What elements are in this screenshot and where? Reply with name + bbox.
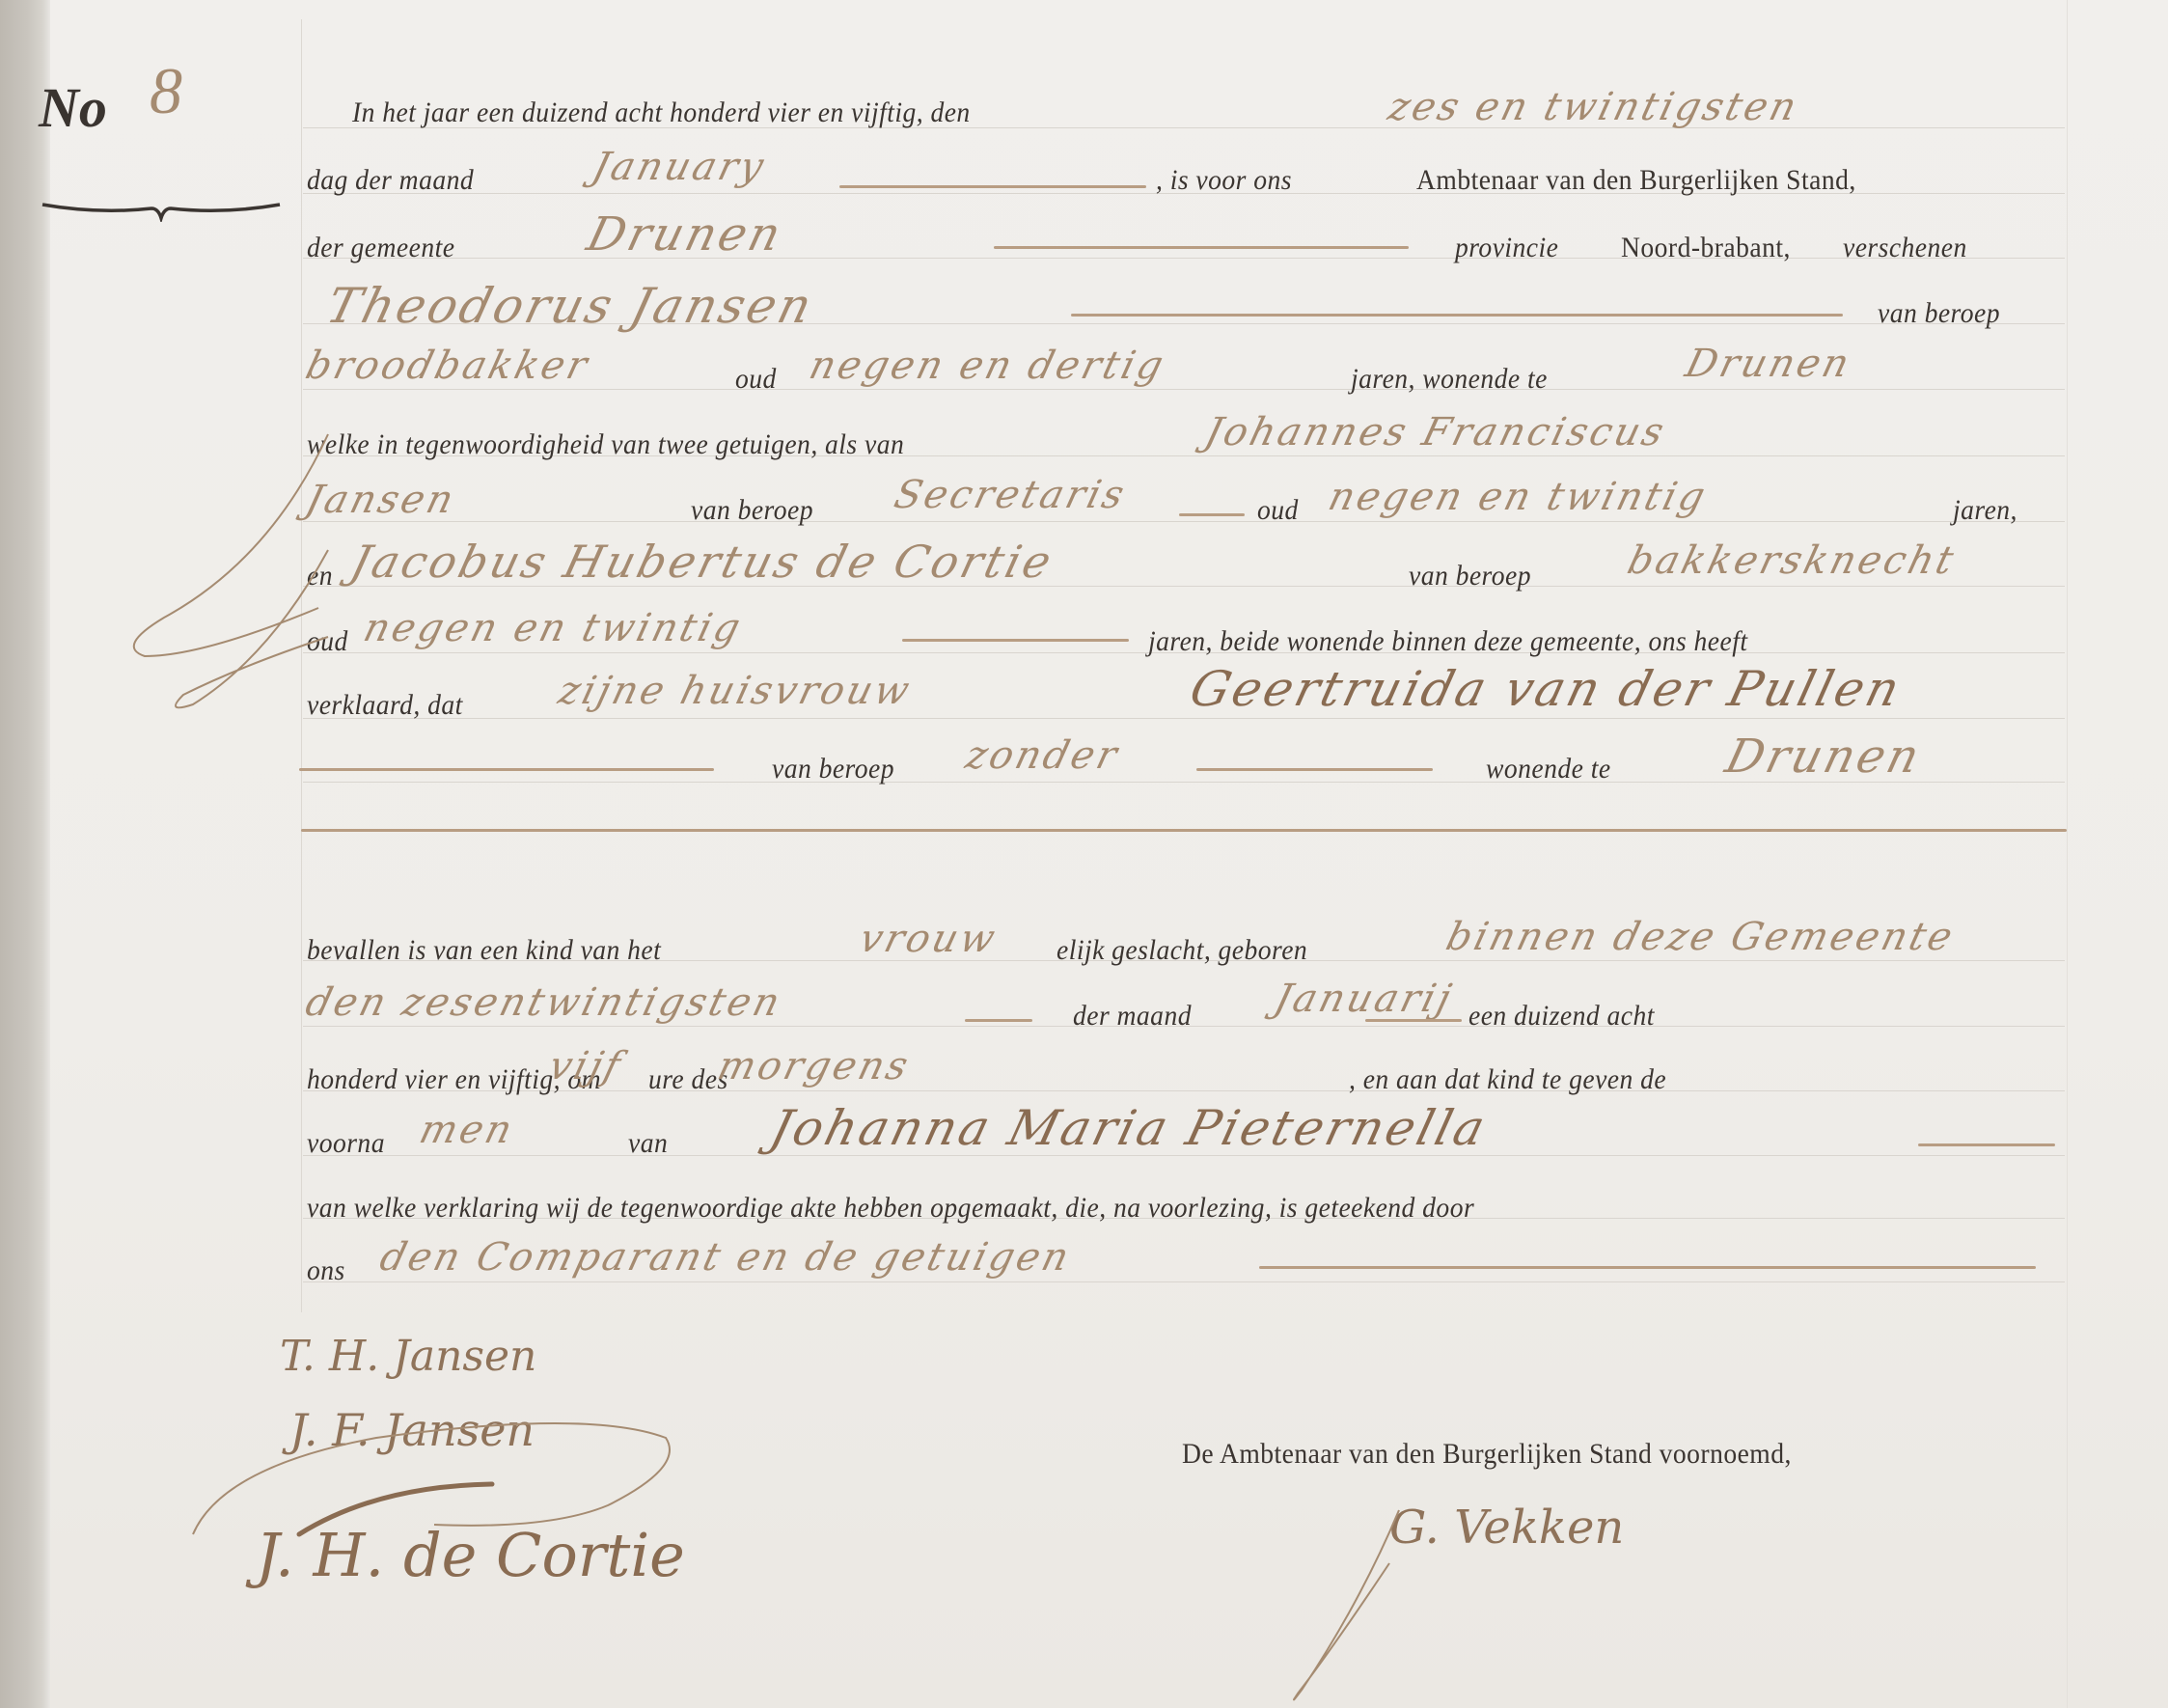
printed-text: welke in tegenwoordigheid van twee getui… <box>307 428 904 461</box>
handwritten-age: negen en dertig <box>805 344 1170 388</box>
fill-dash <box>299 768 714 771</box>
printed-text: bevallen is van een kind van het <box>307 934 661 967</box>
handwritten-municipality: Drunen <box>582 207 789 262</box>
handwritten-witness2-age: negen en twintig <box>359 606 747 650</box>
handwritten-relation: zijne huisvrouw <box>554 669 917 713</box>
printed-text: van beroep <box>691 494 813 527</box>
handwritten-occupation: broodbakker <box>301 344 594 388</box>
fill-dash <box>1918 1143 2055 1146</box>
printed-text: , is voor ons <box>1156 164 1292 197</box>
signature-official: G. Vekken <box>1389 1501 1624 1555</box>
book-binding-shadow <box>0 0 50 1708</box>
signature-flourish-icon <box>183 1409 685 1544</box>
printed-text: jaren, beide wonende binnen deze gemeent… <box>1148 625 1747 658</box>
fill-dash <box>994 246 1409 249</box>
handwritten-time-of-day: morgens <box>713 1044 915 1088</box>
handwritten-witness1-age: negen en twintig <box>1324 475 1712 519</box>
printed-text: der maand <box>1073 1000 1192 1033</box>
handwritten-mother-name: Geertruida van der Pullen <box>1185 661 1908 717</box>
handwritten-birth-hour: vijf <box>544 1044 627 1088</box>
handwritten-birth-day: den zesentwintigsten <box>301 980 786 1025</box>
printed-text: oud <box>735 363 777 396</box>
printed-text: van beroep <box>1409 560 1531 592</box>
handwritten-sex: vrouw <box>855 917 1002 961</box>
handwritten-day: zes en twintigsten <box>1384 85 1803 129</box>
ruled-line <box>303 521 2065 522</box>
handwritten-witness1-occupation: Secretaris <box>890 473 1131 517</box>
printed-text: van beroep <box>772 753 894 785</box>
brace-ornament-icon <box>41 201 282 222</box>
printed-text: van beroep <box>1878 297 2000 330</box>
printed-text: van welke verklaring wij de tegenwoordig… <box>307 1192 1474 1225</box>
right-margin-rule <box>2067 0 2068 1708</box>
handwritten-father-name: Theodorus Jansen <box>321 278 820 334</box>
printed-text: dag der maand <box>307 164 474 197</box>
printed-text: oud <box>1257 494 1299 527</box>
printed-text: ons <box>307 1254 345 1287</box>
printed-text: elijk geslacht, geboren <box>1057 934 1307 967</box>
fill-dash <box>1365 1019 1462 1022</box>
handwritten-text: men <box>415 1108 519 1152</box>
handwritten-child-name: Johanna Maria Pieternella <box>765 1100 1494 1156</box>
record-number-label-text: No <box>39 76 107 139</box>
printed-text: , en aan dat kind te geven de <box>1349 1063 1666 1096</box>
signature-loop-icon <box>1283 1505 1409 1708</box>
handwritten-birthplace: binnen deze Gemeente <box>1441 915 1960 959</box>
handwritten-witness2-occupation: bakkersknecht <box>1623 538 1961 583</box>
printed-text: wonende te <box>1486 753 1611 785</box>
handwriting-loop-icon <box>125 425 338 714</box>
handwritten-residence: Drunen <box>1681 342 1856 386</box>
printed-text: jaren, wonende te <box>1351 363 1548 396</box>
handwritten-month: January <box>588 145 770 189</box>
record-number: 8 <box>150 53 182 129</box>
printed-text: van <box>628 1127 668 1160</box>
handwritten-signers: den Comparant en de getuigen <box>375 1235 1076 1280</box>
fill-dash-full <box>301 829 2067 832</box>
handwritten-birth-month: Januarij <box>1270 977 1458 1021</box>
fill-dash <box>902 639 1129 642</box>
handwritten-witness1-name: Johannes Franciscus <box>1200 410 1671 455</box>
printed-text: Ambtenaar van den Burgerlijken Stand, <box>1416 164 1856 197</box>
ruled-line <box>303 389 2065 390</box>
fill-dash <box>1179 513 1245 516</box>
fill-dash <box>965 1019 1032 1022</box>
signature-father: T. H. Jansen <box>280 1332 536 1381</box>
fill-dash <box>1196 768 1433 771</box>
handwritten-mother-residence: Drunen <box>1720 730 1928 784</box>
ruled-line <box>303 258 2065 259</box>
ruled-line <box>303 718 2065 719</box>
printed-text: provincie <box>1455 232 1558 264</box>
fill-dash <box>1259 1266 2036 1269</box>
fill-dash <box>1071 314 1843 317</box>
printed-text: voorna <box>307 1127 385 1160</box>
ruled-line <box>303 1281 2065 1282</box>
printed-text: Noord-brabant, <box>1621 232 1791 264</box>
printed-text: jaren, <box>1953 494 2017 527</box>
printed-text: een duizend acht <box>1468 1000 1655 1033</box>
fill-dash <box>839 185 1146 188</box>
handwritten-mother-occupation: zonder <box>961 733 1124 778</box>
printed-text: verschenen <box>1843 232 1967 264</box>
handwritten-witness2-name: Jacobus Hubertus de Cortie <box>345 536 1058 588</box>
record-number-label: No <box>39 75 107 140</box>
printed-text: In het jaar een duizend acht honderd vie… <box>352 96 971 129</box>
official-label: De Ambtenaar van den Burgerlijken Stand … <box>1182 1438 1792 1471</box>
printed-text: der gemeente <box>307 232 454 264</box>
